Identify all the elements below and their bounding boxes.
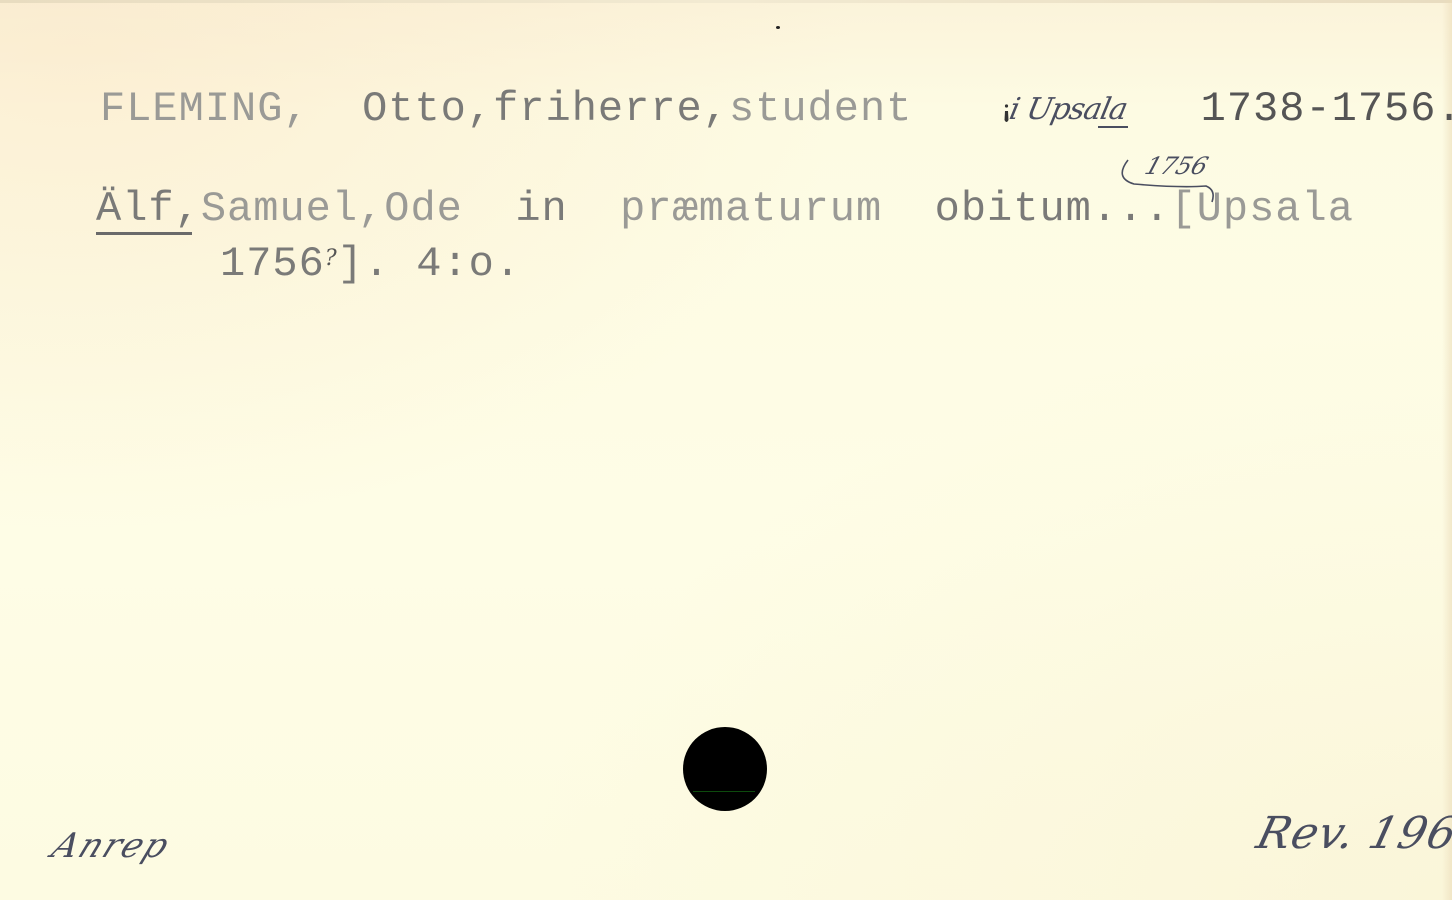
entry-line: Älf,Samuel,Ode in præmaturum obitum...[U…: [96, 188, 1354, 230]
entry-imprint-place: [Upsala: [1170, 185, 1353, 233]
imprint-year: 1756: [220, 240, 325, 288]
card-right-edge: [1442, 0, 1452, 900]
imprint-line: 1756?]. 4:o.: [220, 243, 521, 285]
heading-surname: FLEMING,: [100, 85, 310, 133]
handwritten-underline: [1098, 126, 1128, 128]
entry-title-word: Ode: [384, 185, 463, 233]
imprint-query-mark: ?: [325, 246, 338, 271]
handwritten-upsala: i Upsala: [1006, 92, 1130, 127]
annotation-bottom-left: Anrep: [46, 826, 177, 866]
entry-title-word: obitum...: [935, 185, 1171, 233]
handwritten-year-correction: 1756: [1141, 152, 1211, 180]
card-top-edge: [0, 0, 1452, 3]
heading-title: friherre,: [493, 85, 729, 133]
annotation-revision: Rev. 1969: [1252, 808, 1452, 859]
heading-line: FLEMING, Otto,friherre,student 1738-1756…: [100, 88, 1452, 130]
ink-speck: [776, 26, 780, 29]
entry-title-word: præmaturum: [620, 185, 882, 233]
catalog-card: FLEMING, Otto,friherre,student 1738-1756…: [0, 0, 1452, 900]
entry-author: Älf,: [96, 185, 201, 233]
entry-author-given: Samuel,: [201, 185, 384, 233]
author-underline: [96, 232, 192, 235]
entry-title-word: in: [515, 185, 567, 233]
punch-hole: [683, 727, 767, 811]
heading-dates: 1738-1756.: [1201, 85, 1452, 133]
imprint-close: ].: [338, 240, 390, 288]
heading-role: student: [729, 85, 912, 133]
imprint-format: 4:o.: [416, 240, 521, 288]
heading-given-name: Otto,: [362, 85, 493, 133]
